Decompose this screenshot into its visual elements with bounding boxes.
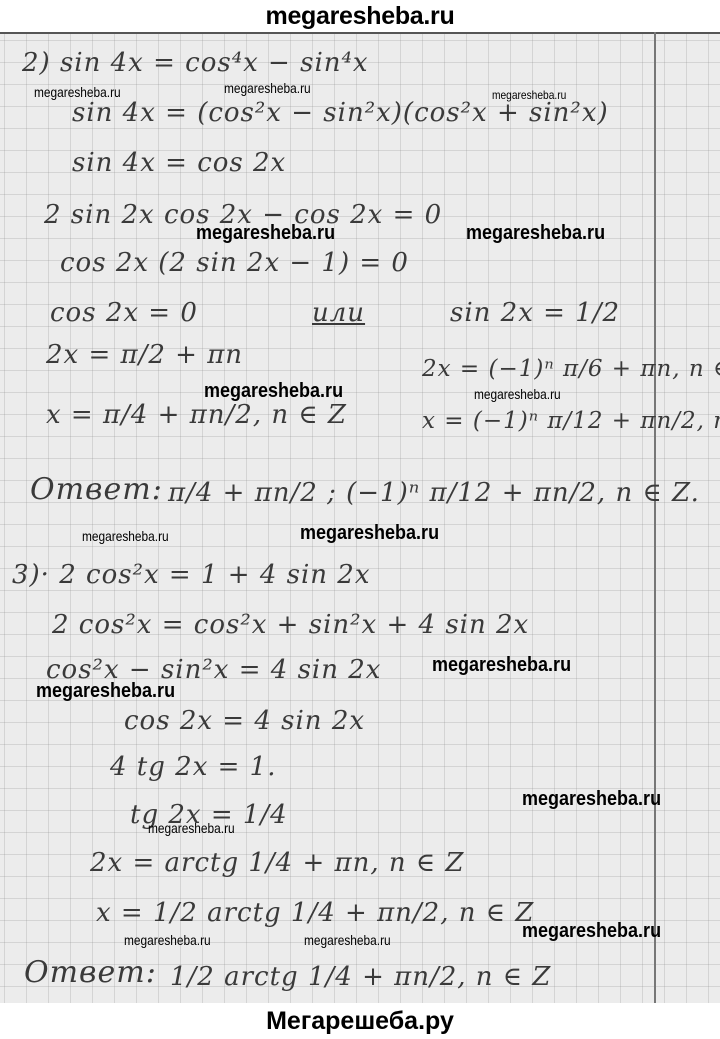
part2-line-5: cos 2x (2 sin 2x − 1) = 0 bbox=[60, 248, 409, 278]
watermark: megaresheba.ru bbox=[204, 380, 343, 403]
part2-line-3: sin 4x = cos 2x bbox=[72, 148, 286, 178]
watermark: megaresheba.ru bbox=[304, 932, 391, 948]
part2-line-2: sin 4x = (cos²x − sin²x)(cos²x + sin²x) bbox=[72, 98, 609, 128]
watermark: megaresheba.ru bbox=[492, 88, 566, 102]
site-footer-watermark: Мегарешеба.ру bbox=[0, 1003, 720, 1039]
page-margin-line bbox=[654, 32, 656, 1003]
part3-line-7: 2x = arctg 1/4 + πn, n ∈ Z bbox=[90, 848, 464, 878]
watermark: megaresheba.ru bbox=[474, 386, 561, 402]
watermark: megaresheba.ru bbox=[522, 920, 661, 943]
watermark: megaresheba.ru bbox=[82, 528, 169, 544]
part2-line-8: 2x = π/2 + πn bbox=[46, 340, 243, 370]
part3-line-8: x = 1/2 arctg 1/4 + πn/2, n ∈ Z bbox=[96, 898, 534, 928]
part3-answer-label: Ответ: bbox=[24, 955, 157, 990]
part2-line-9: 2x = (−1)ⁿ π/6 + πn, n ∈ Z bbox=[422, 356, 720, 382]
watermark: megaresheba.ru bbox=[466, 222, 605, 245]
part2-line-7: sin 2x = 1/2 bbox=[450, 298, 620, 328]
watermark: megaresheba.ru bbox=[224, 80, 311, 96]
watermark: megaresheba.ru bbox=[34, 84, 121, 100]
site-header-watermark: megaresheba.ru bbox=[0, 0, 720, 32]
part2-answer-label: Ответ: bbox=[30, 472, 163, 507]
part2-answer: π/4 + πn/2 ; (−1)ⁿ π/12 + πn/2, n ∈ Z. bbox=[168, 478, 700, 508]
part2-line-11: x = (−1)ⁿ π/12 + πn/2, n ∈ Z bbox=[422, 408, 720, 434]
watermark: megaresheba.ru bbox=[432, 654, 571, 677]
part2-or-label: или bbox=[312, 298, 365, 328]
watermark: megaresheba.ru bbox=[196, 222, 335, 245]
part3-line-4: cos 2x = 4 sin 2x bbox=[124, 706, 365, 736]
part3-answer: 1/2 arctg 1/4 + πn/2, n ∈ Z bbox=[170, 962, 551, 992]
watermark: megaresheba.ru bbox=[522, 788, 661, 811]
part2-line-6: cos 2x = 0 bbox=[50, 298, 198, 328]
part3-line-5: 4 tg 2x = 1. bbox=[110, 752, 277, 782]
part2-line-10: x = π/4 + πn/2, n ∈ Z bbox=[46, 400, 347, 430]
part3-line-2: 2 cos²x = cos²x + sin²x + 4 sin 2x bbox=[52, 610, 529, 640]
part3-line-1: 3)· 2 cos²x = 1 + 4 sin 2x bbox=[12, 560, 371, 590]
watermark: megaresheba.ru bbox=[124, 932, 211, 948]
part2-line-1: 2) sin 4x = cos⁴x − sin⁴x bbox=[22, 48, 369, 78]
watermark: megaresheba.ru bbox=[36, 680, 175, 703]
watermark: megaresheba.ru bbox=[300, 522, 439, 545]
watermark: megaresheba.ru bbox=[148, 820, 235, 836]
